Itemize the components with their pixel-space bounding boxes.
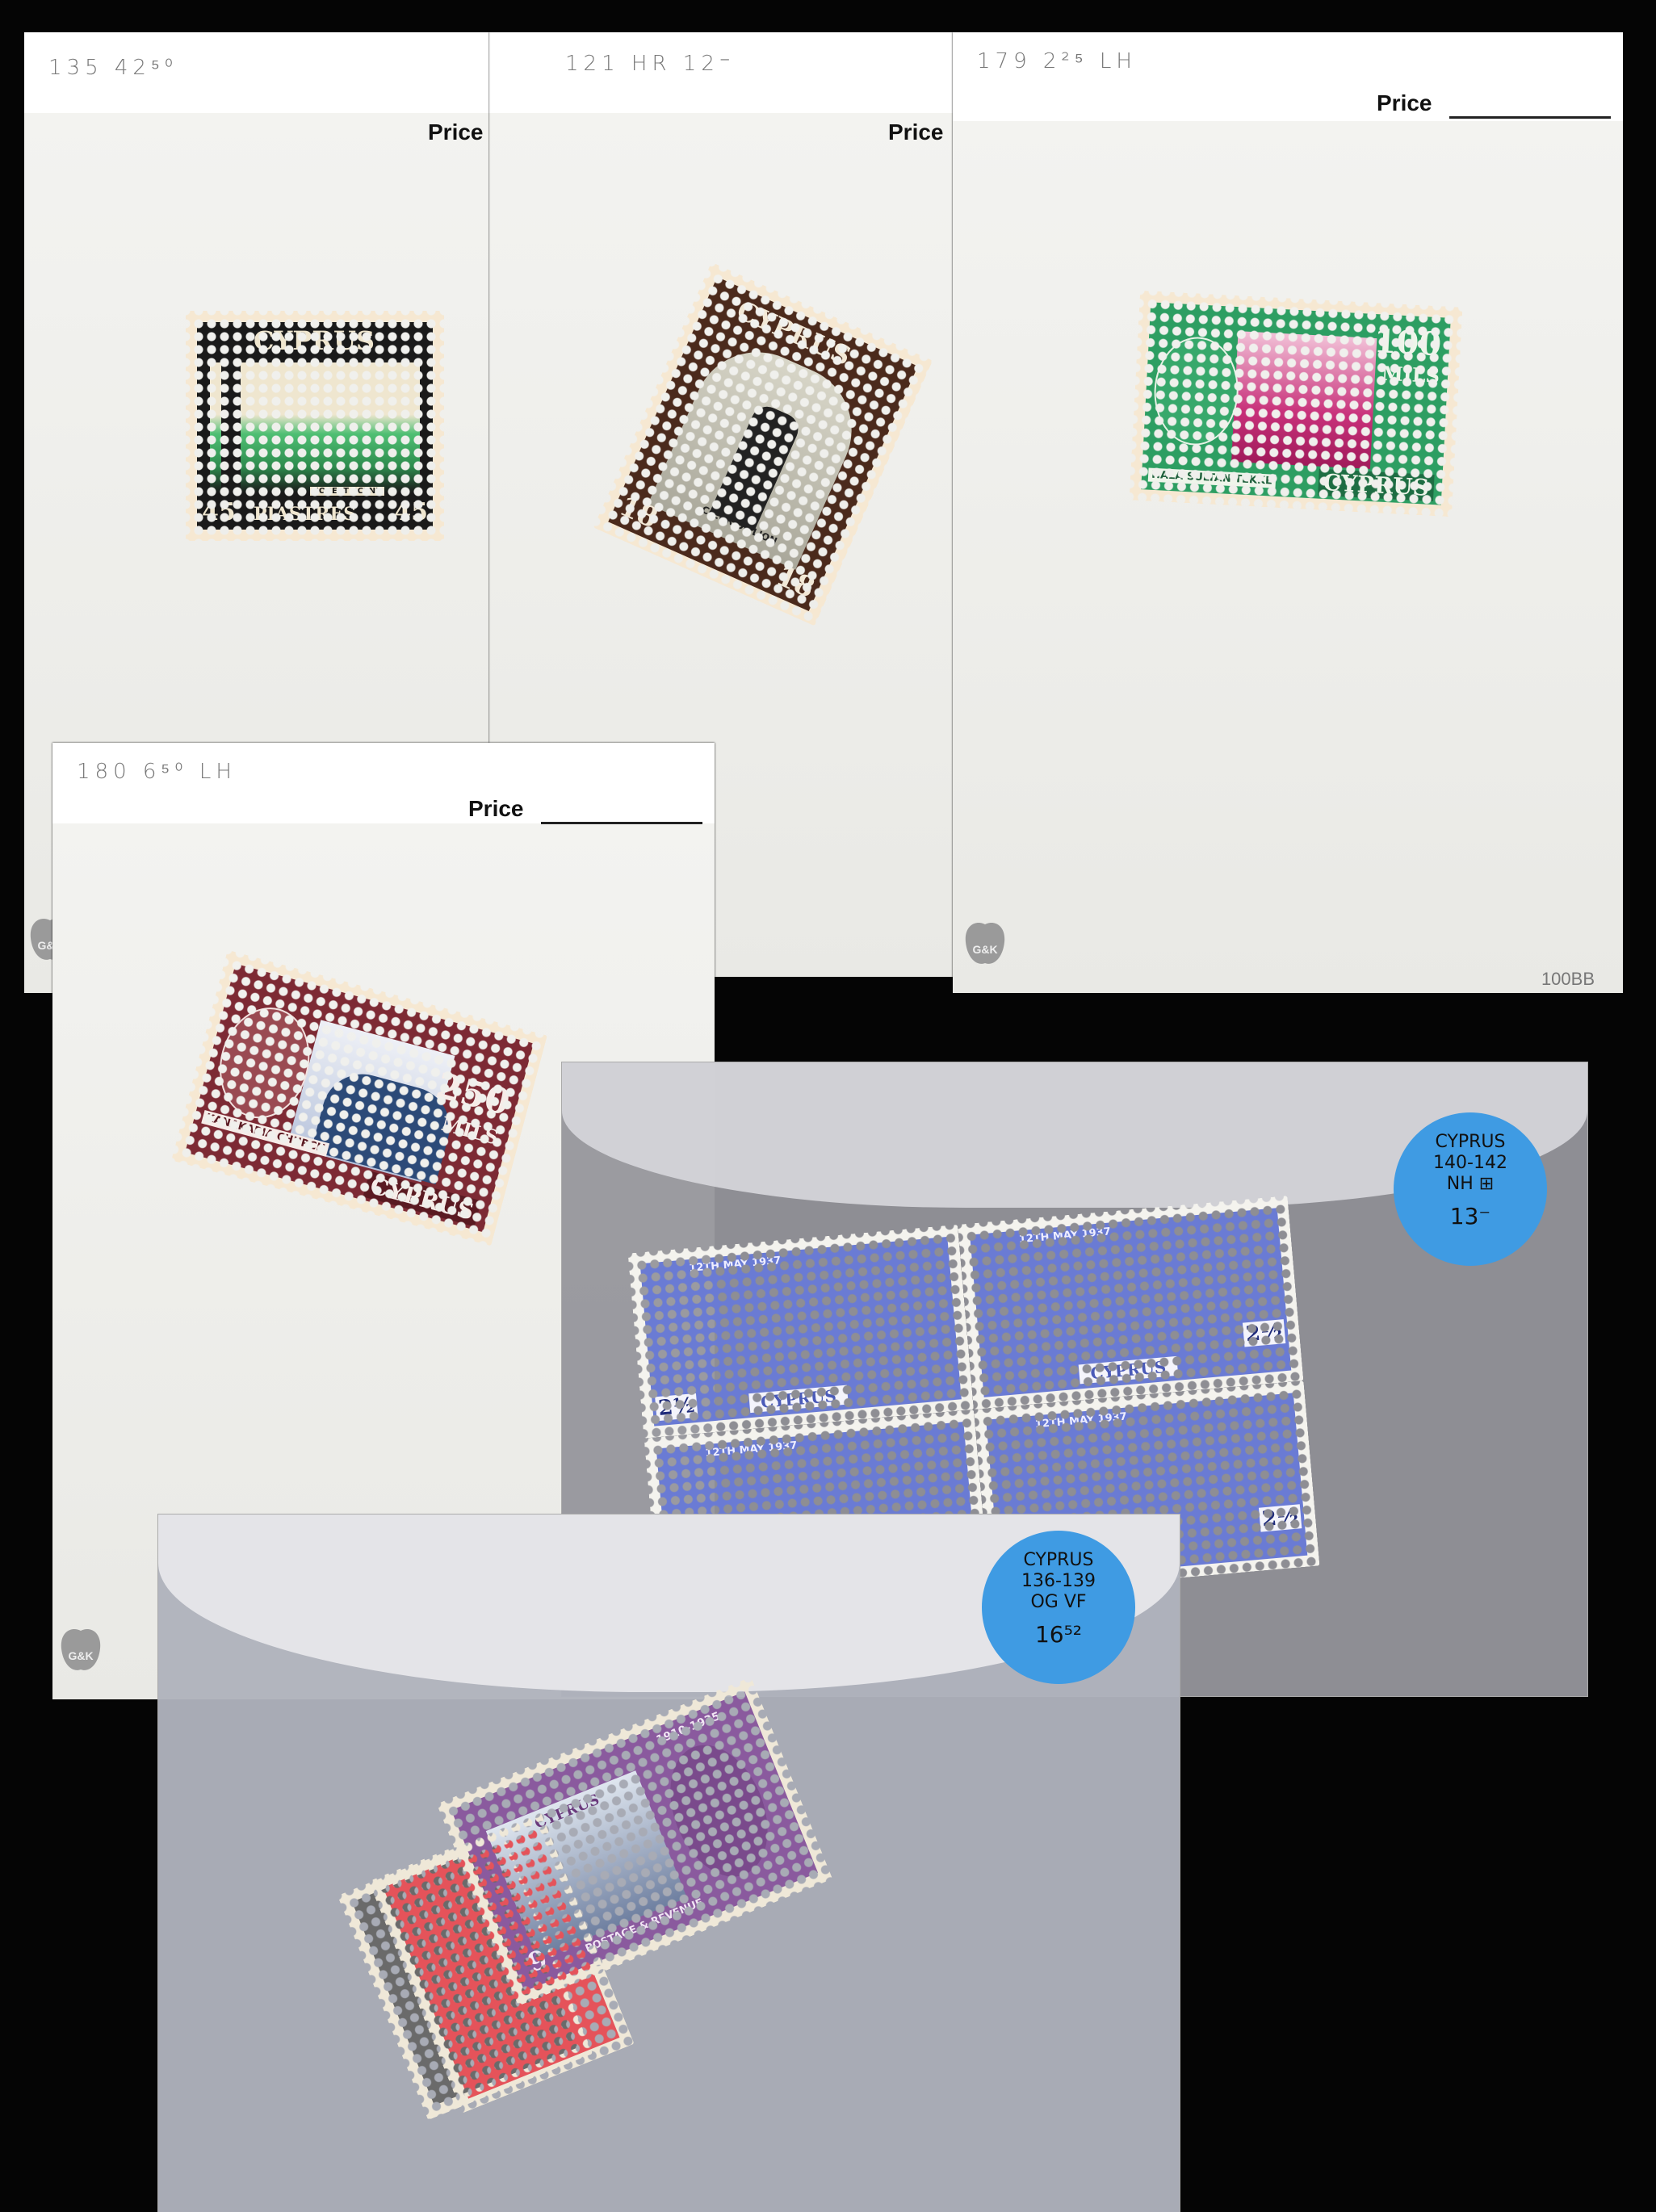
card-note: 180 6⁵⁰ LH	[77, 759, 237, 784]
stamp-hala-sultan-tekke: 100 MILS HALA SULTAN TEKKE CYPRUS	[1129, 291, 1462, 517]
stamp-denomination: MILS	[1381, 362, 1440, 388]
price-line	[541, 822, 702, 824]
tree-icon	[221, 354, 241, 500]
stamp-value: 2½	[1259, 1504, 1302, 1531]
price-sticker: CYPRUS 140-142 NH ⊞ 13⁻	[1394, 1112, 1547, 1266]
stamp-value-right: 45	[394, 498, 428, 526]
svg-text:G&K: G&K	[68, 1649, 93, 1662]
stock-card-179: 179 2²⁵ LH Price 100 MILS HALA SULTAN TE…	[953, 32, 1623, 993]
gk-apple-logo: G&K	[961, 916, 1009, 968]
stamp-date: 12TH MAY 1937	[1018, 1225, 1111, 1246]
coronation-stamp: 12TH MAY 1937 CYPRUS 2½	[628, 1225, 974, 1439]
coronation-stamp: 12TH MAY 1937 CYPRUS 2½	[958, 1196, 1303, 1410]
sticker-line: OG VF	[982, 1592, 1135, 1613]
sticker-line: CYPRUS	[982, 1550, 1135, 1571]
stamp-caption: FOREST SCENE	[310, 487, 384, 496]
stamp-country: CYPRUS	[748, 1385, 848, 1414]
glassine-envelope-jubilee: 1910-1935 CYPRUS POSTAGE & REVENUE 9 CYP…	[157, 1514, 1180, 2212]
stamp-date: 12TH MAY 1937	[705, 1439, 798, 1460]
stamp-value-left: 45	[202, 498, 236, 526]
price-label: Price	[888, 119, 944, 145]
price-label: Price	[428, 119, 484, 145]
card-note: 121 HR 12⁻	[565, 52, 736, 76]
stamp-value: 2½	[1243, 1319, 1286, 1347]
card-header	[953, 32, 1623, 121]
stamp-date: 12TH MAY 1937	[689, 1255, 782, 1275]
sticker-line: CYPRUS	[1394, 1132, 1547, 1153]
card-note: 135 42⁵⁰	[48, 55, 178, 80]
stamp-value: 2½	[655, 1393, 698, 1421]
stamp-forest-scene: CYPRUS 45 45 PIASTRES FOREST SCENE	[186, 311, 444, 541]
price-sticker: CYPRUS 136-139 OG VF 16⁵²	[982, 1531, 1135, 1684]
stamp-country: CYPRUS	[1318, 469, 1435, 501]
stamp-denomination: PIASTRES	[254, 504, 356, 525]
card-code: 100BB	[1541, 969, 1595, 990]
stamp-value-right: 18	[771, 559, 820, 605]
sticker-line: 140-142	[1394, 1153, 1547, 1174]
card-note: 179 2²⁵ LH	[977, 48, 1137, 73]
price-label: Price	[1377, 90, 1432, 116]
sticker-line: 13⁻	[1394, 1206, 1547, 1227]
gk-apple-logo: G&K	[57, 1623, 105, 1674]
price-label: Price	[468, 796, 524, 822]
svg-text:G&K: G&K	[972, 943, 997, 956]
sticker-line: 16⁵²	[982, 1624, 1135, 1645]
queen-portrait-icon	[1151, 335, 1241, 447]
stamp-country: CYPRUS	[254, 325, 375, 356]
price-line	[1449, 116, 1611, 119]
stamp-value: 100	[1373, 322, 1442, 363]
sticker-line: 136-139	[982, 1571, 1135, 1592]
card-sleeve	[953, 121, 1623, 993]
stamp-years: 1910-1935	[655, 1710, 723, 1747]
stamp-date: 12TH MAY 1937	[1034, 1411, 1127, 1431]
stamp-country: CYPRUS	[1079, 1356, 1178, 1385]
sticker-line: NH ⊞	[1394, 1174, 1547, 1195]
stamp-caption: HALA SULTAN TEKKE	[1148, 468, 1277, 488]
